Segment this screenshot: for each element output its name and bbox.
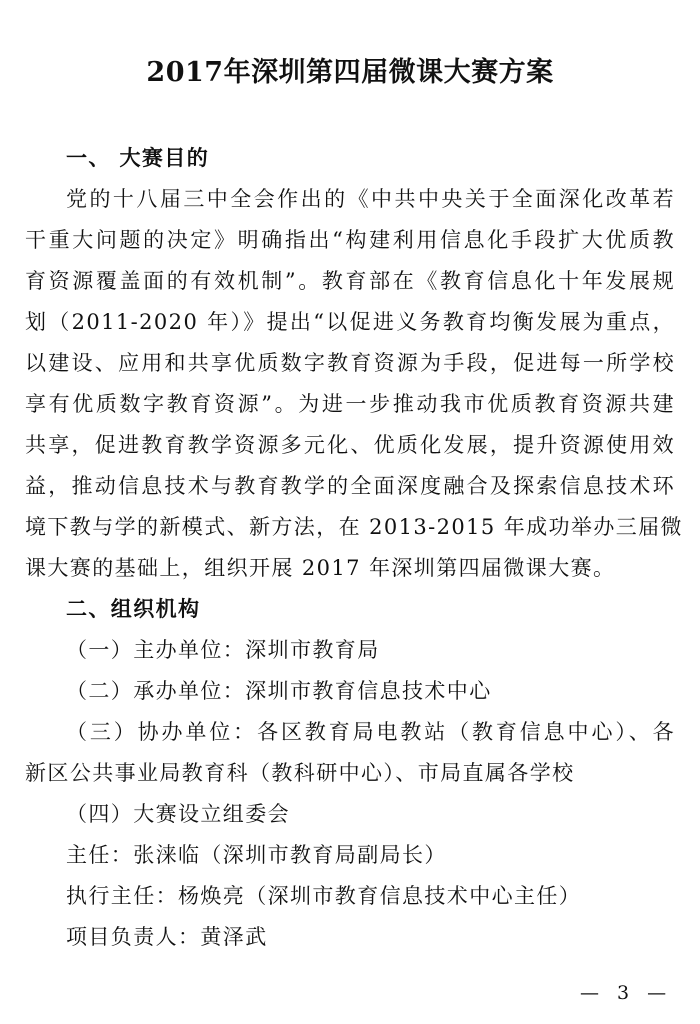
paragraph-line: 课大赛的基础上，组织开展 2017 年深圳第四届微课大赛。 [25,554,675,582]
paragraph-line: 享有优质数字教育资源”。为进一步推动我市优质教育资源共建 [25,390,675,418]
document-title: 2017年深圳第四届微课大赛方案 [0,50,700,89]
paragraph-line: 以建设、应用和共享优质数字教育资源为手段，促进每一所学校 [25,349,675,377]
committee-member: 执行主任：杨焕亮（深圳市教育信息技术中心主任） [66,882,700,910]
paragraph-line: 境下教与学的新模式、新方法，在 2013-2015 年成功举办三届微 [25,513,675,541]
organizer-item: 新区公共事业局教育科（教科研中心）、市局直属各学校 [25,759,675,787]
organizer-item: （二）承办单位：深圳市教育信息技术中心 [66,677,700,705]
committee-member: 项目负责人：黄泽武 [66,923,700,951]
section-heading-organization: 二、组织机构 [66,595,700,623]
committee-member: 主任：张涞临（深圳市教育局副局长） [66,841,700,869]
organizer-item: （四）大赛设立组委会 [66,800,700,828]
paragraph-line: 育资源覆盖面的有效机制”。教育部在《教育信息化十年发展规 [25,267,675,295]
page-number: — 3 — [580,982,672,1004]
paragraph-line: 益，推动信息技术与教育教学的全面深度融合及探索信息技术环 [25,472,675,500]
paragraph-line: 党的十八届三中全会作出的《中共中央关于全面深化改革若 [66,185,675,213]
organizer-item: （三）协办单位：各区教育局电教站（教育信息中心）、各 [66,718,675,746]
organizer-item: （一）主办单位：深圳市教育局 [66,636,700,664]
section-heading-purpose: 一、 大赛目的 [66,144,700,172]
paragraph-line: 划（2011-2020 年）》提出“以促进义务教育均衡发展为重点， [25,308,675,336]
paragraph-line: 共享，促进教育教学资源多元化、优质化发展，提升资源使用效 [25,431,675,459]
paragraph-line: 干重大问题的决定》明确指出“构建利用信息化手段扩大优质教 [25,226,675,254]
